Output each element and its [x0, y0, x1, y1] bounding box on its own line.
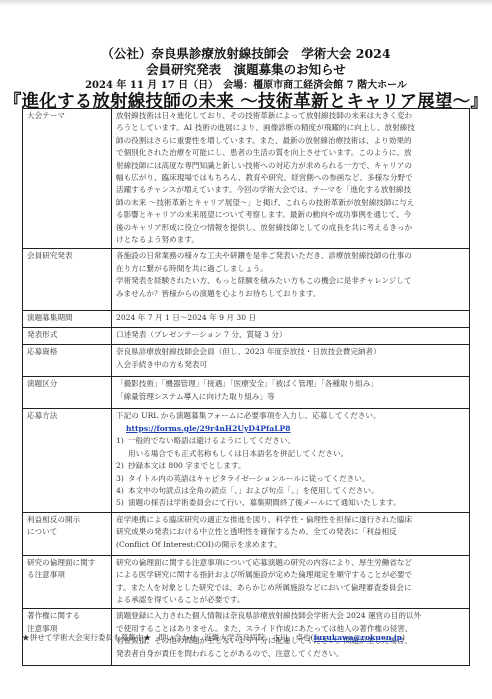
row-label: 応募資格 — [23, 345, 112, 377]
text-line: る影響とキャリアの未来展望について考察します。最新の動向や成功事例を通じて、今 — [116, 209, 466, 221]
info-table: 大会テーマ 放射線技術は日々進化しており、その技術革新によって放射線技師の未来は… — [22, 108, 470, 666]
rule-item: 2)抄録本文は 800 字までとします。 — [116, 460, 466, 472]
text-line: ろうとしています。AI 技術の進展により、画像診断の精度が飛躍的に向上し、放射線… — [116, 122, 466, 134]
text-line: 「線量管理システム導入に向けた取り組み」等 — [116, 391, 466, 403]
text-line: 奈良県診療放射線技師会会員（但し、2023 年度奈放技・日放技会費完納者） — [116, 346, 466, 358]
row-label: 発表形式 — [23, 328, 112, 345]
format-value: 口述発表（プレゼンテーション 7 分、質疑 3 分） — [112, 328, 470, 345]
text-line: 師の役割はさらに重要性を増しています。また、最新の放射線治療技術は、より効果的 — [116, 135, 466, 147]
text-line: けとなるよう努めます。 — [116, 234, 466, 246]
text-line: 研究の倫理面に関する注意事項について応募演題の研究の内容により、厚生労働省など — [116, 557, 466, 569]
row-label: 演題区分 — [23, 377, 112, 409]
row-application-method: 応募方法 下記の URL から演題募集フォームに必要事項を入力し、応募してくださ… — [23, 409, 470, 512]
text-line: みませんか？皆様からの演題を心よりお待ちしております。 — [116, 288, 466, 300]
rule-item: 1)一般的でない略語は避けるようにしてください。 — [116, 435, 466, 447]
contact-text: ★併せて学術大会実行委員も募集中★ 問い合わせ 近畿大学奈良病院 古川 卓也( — [22, 633, 314, 642]
rule-item: 5)演題の採否は学術委員会にて行い、募集期間終了後メールにて通知いたします。 — [116, 497, 466, 509]
ethics-text: 研究の倫理面に関する注意事項について応募演題の研究の内容により、厚生労働省など … — [112, 555, 470, 609]
text-line: 発表者自身が責任を問われることがあるので、注意してください。 — [116, 648, 466, 660]
text-line: す。また人を対象とした研究では、あらかじめ所属施設などにおいて倫理審査委員会に — [116, 582, 466, 594]
text-line: 各施設の日常業務の様々な工夫や研鑽を是非ご発表いただき、診療放射線技師の仕事の — [116, 250, 466, 262]
text-line: 産学連携による臨床研究の適正な推進を図り、科学性・倫理性を担保に遂行された臨床 — [116, 514, 466, 526]
text-line: (Conflict Of Interest:COI)の開示を求めます。 — [116, 539, 466, 551]
row-coi: 利益相反の開示 について 産学連携による臨床研究の適正な推進を図り、科学性・倫理… — [23, 512, 470, 555]
text-line: 「撮影技術」「機器管理」「接遇」「医療安全」「被ばく管理」「各種取り組み」 — [116, 378, 466, 390]
row-member-presentation: 会員研究発表 各施設の日常業務の様々な工夫や研鑽を是非ご発表いただき、診療放射線… — [23, 249, 470, 311]
row-category: 演題区分 「撮影技術」「機器管理」「接遇」「医療安全」「被ばく管理」「各種取り組… — [23, 377, 470, 409]
row-label: 会員研究発表 — [23, 249, 112, 311]
period-value: 2024 年 7 月 1 日～2024 年 9 月 30 日 — [112, 311, 470, 328]
contact-footer: ★併せて学術大会実行委員も募集中★ 問い合わせ 近畿大学奈良病院 古川 卓也(f… — [22, 632, 405, 643]
row-label: 利益相反の開示 について — [23, 512, 112, 555]
row-label: 大会テーマ — [23, 109, 112, 249]
category-text: 「撮影技術」「機器管理」「接遇」「医療安全」「被ばく管理」「各種取り組み」 「線… — [112, 377, 470, 409]
row-label: 演題募集期間 — [23, 311, 112, 328]
rule-item: 3)タイトル内の英語はキャピタライゼーションルールに従ってください。 — [116, 473, 466, 485]
text-line: 射線技師には高度な専門知識と新しい技術への対応力が求められる一方で、キャリアの — [116, 160, 466, 172]
row-ethics: 研究の倫理面に関す る注意事項 研究の倫理面に関する注意事項について応募演題の研… — [23, 555, 470, 609]
text-line: 師の未来 ～技術革新とキャリア展望～」と掲げ、これらの技術革新が放射線技師に与え — [116, 197, 466, 209]
row-label: 応募方法 — [23, 409, 112, 512]
text-line: よる承認を得ていることが必要です。 — [116, 594, 466, 606]
coi-text: 産学連携による臨床研究の適正な推進を図り、科学性・倫理性を担保に遂行された臨床 … — [112, 512, 470, 555]
row-theme: 大会テーマ 放射線技術は日々進化しており、その技術革新によって放射線技師の未来は… — [23, 109, 470, 249]
text-line: 学術発表を経験されたい方、もっと経験を積みたい方もこの機会に是非チャレンジして — [116, 275, 466, 287]
page-top-edge — [0, 0, 492, 6]
method-text: 下記の URL から演題募集フォームに必要事項を入力し、応募してください。 ht… — [112, 409, 470, 512]
text-line: 在り方に繋がる時間を共に過ごしましょう。 — [116, 263, 466, 275]
text-line: 活躍するチャンスが増えています。今回の学術大会では、テーマを「進化する放射線技 — [116, 184, 466, 196]
text-line: 放射線技術は日々進化しており、その技術革新によって放射線技師の未来は大きく変わ — [116, 110, 466, 122]
text-line: 研究成果の発表における中立性と透明性を確保するため、全ての発表に「利益相反 — [116, 526, 466, 538]
row-eligibility: 応募資格 奈良県診療放射線技師会会員（但し、2023 年度奈放技・日放技会費完納… — [23, 345, 470, 377]
theme-text: 放射線技術は日々進化しており、その技術革新によって放射線技師の未来は大きく変わ … — [112, 109, 470, 249]
row-period: 演題募集期間 2024 年 7 月 1 日～2024 年 9 月 30 日 — [23, 311, 470, 328]
application-form-link[interactable]: https://forms.gle/29r4nH2UyD4PfaLP8 — [116, 424, 291, 433]
text-line: 演題登録に入力された個人情報は奈良県診療放射線技師会学術大会 2024 運営の目… — [116, 610, 466, 622]
text-line: 幅も広がり、臨床現場ではもちろん、教育や研究、経営側への参画など、多様な分野で — [116, 172, 466, 184]
row-format: 発表形式 口述発表（プレゼンテーション 7 分、質疑 3 分） — [23, 328, 470, 345]
rule-subtext: 用いる場合でも正式名称もしくは日本語名を併記してください。 — [116, 448, 466, 460]
contact-email-link[interactable]: furukawa@rokuen.jp — [314, 633, 402, 642]
eligibility-text: 奈良県診療放射線技師会会員（但し、2023 年度奈放技・日放技会費完納者） 入会… — [112, 345, 470, 377]
text-line: による医学研究に関する指針および所属施設が定めた倫理規定を順守することが必要で — [116, 569, 466, 581]
text-line: で個別化された治療を可能にし、患者の生活の質を向上させています。このように、放 — [116, 147, 466, 159]
text-line: 後のキャリア形成に役立つ情報を提供し、放射線技師としての成長を共に考えるきっか — [116, 222, 466, 234]
member-text: 各施設の日常業務の様々な工夫や研鑽を是非ご発表いただき、診療放射線技師の仕事の … — [112, 249, 470, 311]
method-intro: 下記の URL から演題募集フォームに必要事項を入力し、応募してください。 — [116, 410, 466, 422]
text-line: 入会手続き中の方も発表可 — [116, 359, 466, 371]
row-label: 研究の倫理面に関す る注意事項 — [23, 555, 112, 609]
rule-item: 4)本文中の句読点は全角の読点「、」および句点「。」を使用してください。 — [116, 485, 466, 497]
